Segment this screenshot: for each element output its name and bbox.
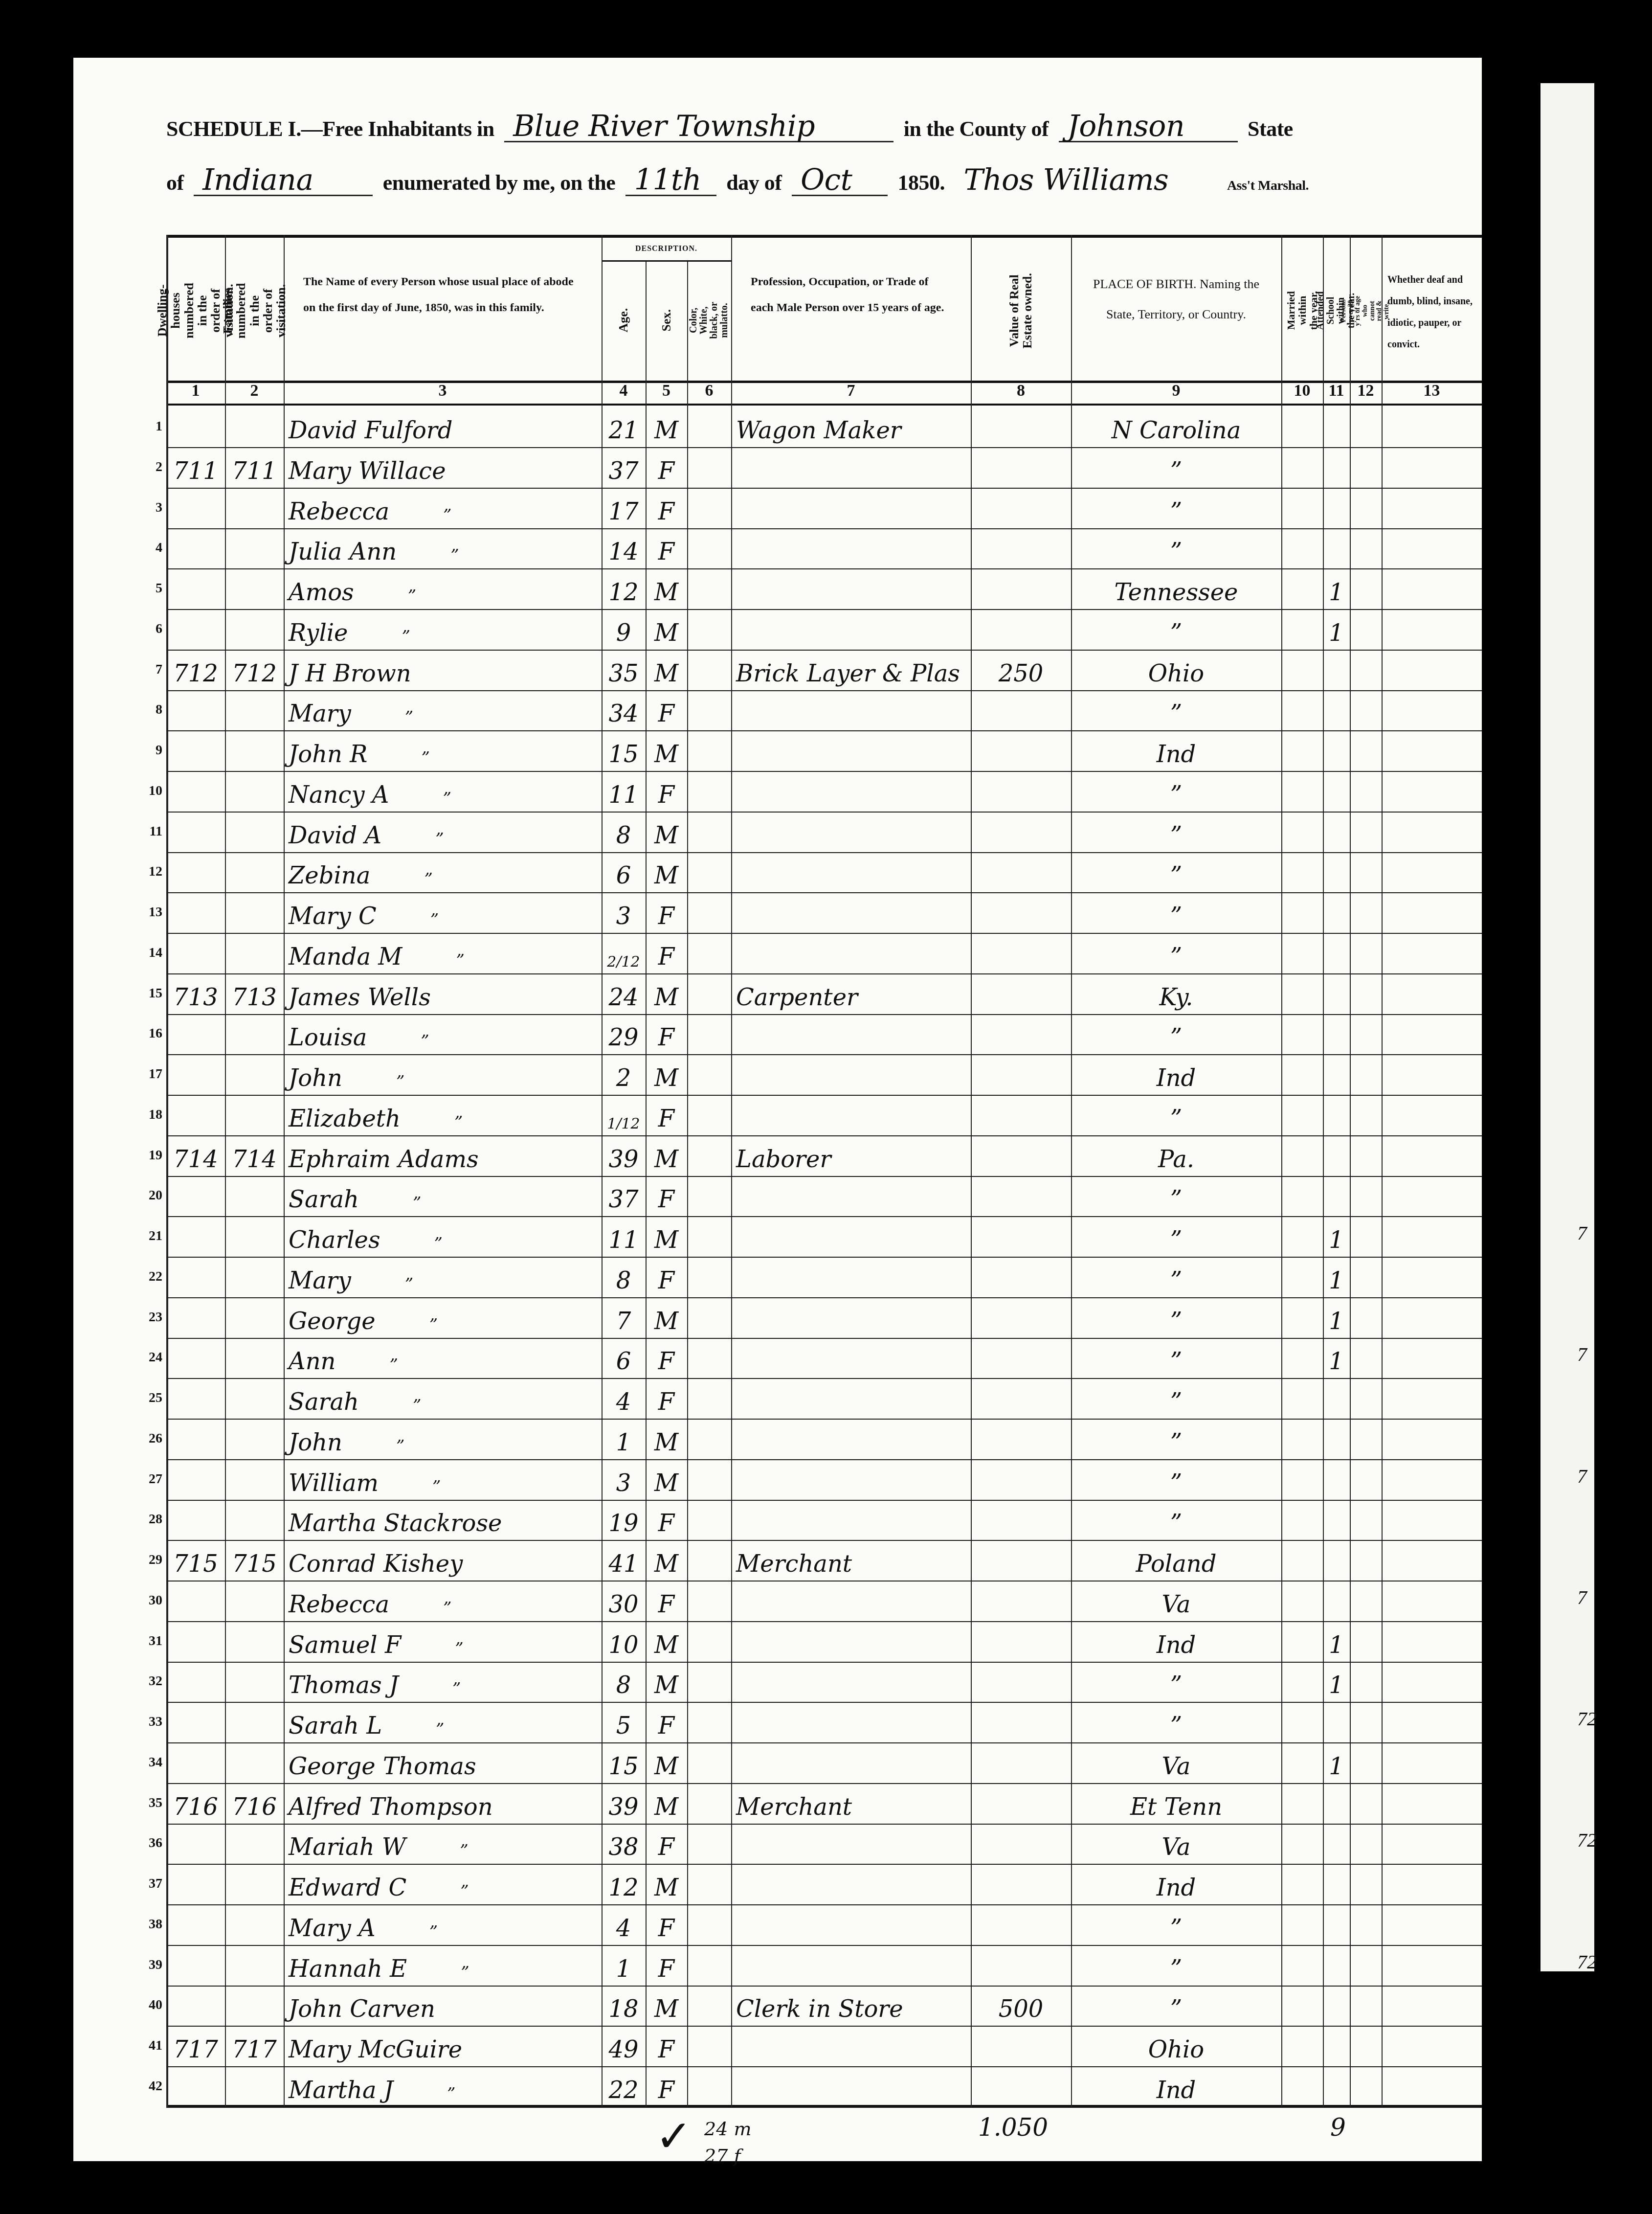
age: 11 bbox=[602, 771, 646, 812]
family-number bbox=[225, 1095, 284, 1135]
attended-school bbox=[1323, 1460, 1350, 1500]
occupation bbox=[736, 1095, 971, 1135]
occupation bbox=[736, 610, 971, 650]
sex: F bbox=[646, 933, 687, 973]
birthplace: ” bbox=[1071, 771, 1281, 812]
real-estate-value bbox=[971, 1176, 1071, 1216]
col-num-8: 8 bbox=[971, 382, 1071, 401]
age: 7 bbox=[602, 1298, 646, 1338]
occupation bbox=[736, 771, 971, 812]
age: 6 bbox=[602, 852, 646, 892]
real-estate-value bbox=[971, 1622, 1071, 1662]
of-label: of bbox=[166, 171, 184, 195]
birthplace: Ind bbox=[1071, 1622, 1281, 1662]
attended-school bbox=[1323, 893, 1350, 933]
ditto-mark: ” bbox=[424, 870, 432, 889]
row-number: 18 bbox=[143, 1107, 162, 1123]
sex: M bbox=[646, 407, 687, 447]
margin-note: 7 bbox=[1577, 1221, 1587, 1244]
attended-school bbox=[1323, 852, 1350, 892]
age: 34 bbox=[602, 690, 646, 730]
ditto-mark: ” bbox=[429, 1922, 438, 1942]
occupation: Laborer bbox=[736, 1136, 971, 1176]
birthplace: Ky. bbox=[1071, 974, 1281, 1014]
row-number: 3 bbox=[143, 500, 162, 516]
dwelling-number bbox=[166, 690, 225, 730]
table-row: 37Edward C”12MInd bbox=[166, 1864, 1482, 1905]
person-name: Sarah” bbox=[289, 1176, 602, 1216]
sex: F bbox=[646, 690, 687, 730]
sex: M bbox=[646, 1217, 687, 1257]
ditto-mark: ” bbox=[432, 1477, 441, 1497]
table-row: 40John Carven18MClerk in Store500” bbox=[166, 1986, 1482, 2027]
row-number: 17 bbox=[143, 1066, 162, 1082]
family-number: 715 bbox=[225, 1540, 284, 1581]
person-name: Sarah L” bbox=[289, 1702, 602, 1742]
sex: M bbox=[646, 1460, 687, 1500]
header-disability: Whether deaf and dumb, blind, insane, id… bbox=[1382, 240, 1482, 382]
birthplace: ” bbox=[1071, 1095, 1281, 1135]
age: 39 bbox=[602, 1784, 646, 1824]
age: 19 bbox=[602, 1500, 646, 1540]
row-number: 40 bbox=[143, 1997, 162, 2013]
attended-school bbox=[1323, 1986, 1350, 2026]
table-row: 39Hannah E”1F” bbox=[166, 1945, 1482, 1987]
age: 41 bbox=[602, 1540, 646, 1581]
sex: M bbox=[646, 1662, 687, 1702]
family-number: 716 bbox=[225, 1784, 284, 1824]
birthplace: Ind bbox=[1071, 2067, 1281, 2107]
ditto-mark: ” bbox=[454, 1113, 463, 1132]
dwelling-number: 714 bbox=[166, 1136, 225, 1176]
table-row: 2711711Mary Willace37F” bbox=[166, 448, 1482, 489]
real-estate-value bbox=[971, 448, 1071, 488]
birthplace: ” bbox=[1071, 448, 1281, 488]
col-num-9: 9 bbox=[1071, 382, 1281, 401]
day-field: 11th bbox=[625, 165, 716, 196]
row-number: 21 bbox=[143, 1228, 162, 1244]
occupation: Brick Layer & Plas bbox=[736, 650, 971, 690]
attended-school bbox=[1323, 731, 1350, 771]
col-num-2: 2 bbox=[225, 382, 284, 401]
person-name: David A” bbox=[289, 812, 602, 852]
person-name: Conrad Kishey bbox=[289, 1540, 602, 1581]
dwelling-number bbox=[166, 2067, 225, 2107]
row-number: 22 bbox=[143, 1269, 162, 1285]
dwelling-number bbox=[166, 731, 225, 771]
occupation bbox=[736, 569, 971, 609]
real-estate-value bbox=[971, 1743, 1071, 1783]
birthplace: ” bbox=[1071, 1945, 1281, 1986]
sex: M bbox=[646, 1784, 687, 1824]
state-field: Indiana bbox=[194, 165, 373, 196]
sex: M bbox=[646, 1743, 687, 1783]
age: 3 bbox=[602, 893, 646, 933]
month-field: Oct bbox=[792, 165, 888, 196]
ditto-mark: ” bbox=[455, 1639, 463, 1659]
schedule-title: SCHEDULE I.—Free Inhabitants in Blue Riv… bbox=[166, 112, 1293, 142]
person-name: Amos” bbox=[289, 569, 602, 609]
family-number: 717 bbox=[225, 2026, 284, 2066]
ditto-mark: ” bbox=[421, 1032, 429, 1051]
occupation bbox=[736, 812, 971, 852]
sex: F bbox=[646, 1014, 687, 1054]
table-row: 5Amos”12MTennessee1 bbox=[166, 569, 1482, 610]
ditto-mark: ” bbox=[443, 1599, 451, 1618]
margin-note: 7 bbox=[1577, 1586, 1587, 1609]
day-of-label: day of bbox=[726, 171, 781, 195]
family-number bbox=[225, 771, 284, 812]
title-prefix: SCHEDULE I.—Free Inhabitants in bbox=[166, 117, 494, 141]
sex: F bbox=[646, 1905, 687, 1945]
age: 15 bbox=[602, 1743, 646, 1783]
person-name: John” bbox=[289, 1419, 602, 1459]
real-estate-value bbox=[971, 488, 1071, 528]
enumerated-label: enumerated by me, on the bbox=[383, 171, 616, 195]
ditto-mark: ” bbox=[421, 748, 429, 768]
birthplace: ” bbox=[1071, 1662, 1281, 1702]
age: 21 bbox=[602, 407, 646, 447]
ditto-mark: ” bbox=[447, 2084, 455, 2104]
table-row: 36Mariah W”38FVa bbox=[166, 1824, 1482, 1865]
family-number bbox=[225, 690, 284, 730]
occupation bbox=[736, 1419, 971, 1459]
real-estate-value bbox=[971, 893, 1071, 933]
family-number bbox=[225, 812, 284, 852]
family-number bbox=[225, 569, 284, 609]
occupation bbox=[736, 1257, 971, 1297]
birthplace: ” bbox=[1071, 610, 1281, 650]
dwelling-number: 712 bbox=[166, 650, 225, 690]
age: 10 bbox=[602, 1622, 646, 1662]
sex: M bbox=[646, 1136, 687, 1176]
age: 12 bbox=[602, 1864, 646, 1904]
real-estate-value bbox=[971, 528, 1071, 568]
row-number: 30 bbox=[143, 1593, 162, 1608]
attended-school: 1 bbox=[1323, 1298, 1350, 1338]
attended-school bbox=[1323, 1136, 1350, 1176]
family-number bbox=[225, 1055, 284, 1095]
age: 17 bbox=[602, 488, 646, 528]
family-number bbox=[225, 1176, 284, 1216]
row-number: 32 bbox=[143, 1673, 162, 1689]
table-row: 28Martha Stackrose19F” bbox=[166, 1500, 1482, 1541]
table-row: 3Rebecca”17F” bbox=[166, 488, 1482, 529]
row-number: 39 bbox=[143, 1957, 162, 1973]
dwelling-number bbox=[166, 852, 225, 892]
real-estate-value bbox=[971, 1460, 1071, 1500]
table-row: 15713713James Wells24MCarpenterKy. bbox=[166, 974, 1482, 1015]
row-number: 41 bbox=[143, 2038, 162, 2054]
family-number bbox=[225, 1662, 284, 1702]
ditto-mark: ” bbox=[405, 708, 413, 727]
row-number: 23 bbox=[143, 1310, 162, 1325]
dwelling-number bbox=[166, 1378, 225, 1419]
table-row: 11David A”8M” bbox=[166, 812, 1482, 853]
real-estate-value bbox=[971, 731, 1071, 771]
dwelling-number bbox=[166, 1581, 225, 1621]
dwelling-number bbox=[166, 1055, 225, 1095]
age: 1/12 bbox=[602, 1095, 646, 1135]
attended-school bbox=[1323, 1540, 1350, 1581]
row-number: 14 bbox=[143, 945, 162, 961]
family-number bbox=[225, 1864, 284, 1904]
ditto-mark: ” bbox=[435, 830, 444, 849]
attended-school: 1 bbox=[1323, 1743, 1350, 1783]
dwelling-number: 716 bbox=[166, 1784, 225, 1824]
dwelling-number bbox=[166, 610, 225, 650]
occupation bbox=[736, 1500, 971, 1540]
sex: F bbox=[646, 448, 687, 488]
age: 3 bbox=[602, 1460, 646, 1500]
age: 38 bbox=[602, 1824, 646, 1864]
age: 15 bbox=[602, 731, 646, 771]
person-name: Mary” bbox=[289, 690, 602, 730]
person-name: Rylie” bbox=[289, 610, 602, 650]
attended-school bbox=[1323, 1784, 1350, 1824]
age: 39 bbox=[602, 1136, 646, 1176]
header-real-estate: Value of Real Estate owned. bbox=[971, 240, 1071, 382]
real-estate-value bbox=[971, 1581, 1071, 1621]
attended-school bbox=[1323, 1014, 1350, 1054]
real-estate-value bbox=[971, 1095, 1071, 1135]
dwelling-number bbox=[166, 1945, 225, 1986]
row-number: 28 bbox=[143, 1512, 162, 1527]
birthplace: ” bbox=[1071, 1176, 1281, 1216]
family-number bbox=[225, 1945, 284, 1986]
col-num-10: 10 bbox=[1281, 382, 1323, 401]
real-estate-value bbox=[971, 852, 1071, 892]
attended-school: 1 bbox=[1323, 1257, 1350, 1297]
family-number bbox=[225, 1905, 284, 1945]
occupation bbox=[736, 1824, 971, 1864]
sex: M bbox=[646, 1622, 687, 1662]
row-number: 6 bbox=[143, 621, 162, 637]
real-estate-value bbox=[971, 407, 1071, 447]
col-num-12: 12 bbox=[1350, 382, 1382, 401]
table-row: 34George Thomas15MVa1 bbox=[166, 1743, 1482, 1784]
col-num-7: 7 bbox=[731, 382, 971, 401]
person-name: Rebecca” bbox=[289, 1581, 602, 1621]
table-row: 24Ann”6F”1 bbox=[166, 1338, 1482, 1379]
tally-females: 27 f bbox=[704, 2145, 741, 2167]
occupation bbox=[736, 1338, 971, 1378]
row-number: 27 bbox=[143, 1471, 162, 1487]
ditto-mark: ” bbox=[460, 1882, 469, 1901]
real-estate-value bbox=[971, 812, 1071, 852]
dwelling-number bbox=[166, 407, 225, 447]
occupation bbox=[736, 1581, 971, 1621]
person-name: Mary McGuire bbox=[289, 2026, 602, 2066]
sex: M bbox=[646, 1540, 687, 1581]
attended-school bbox=[1323, 1378, 1350, 1419]
table-row: 26John”1M” bbox=[166, 1419, 1482, 1460]
table-row: 4Julia Ann”14F” bbox=[166, 528, 1482, 569]
table-row: 8Mary”34F” bbox=[166, 690, 1482, 731]
person-name: Hannah E” bbox=[289, 1945, 602, 1986]
description-rule bbox=[602, 260, 731, 262]
sex: M bbox=[646, 1298, 687, 1338]
age: 29 bbox=[602, 1014, 646, 1054]
row-number: 36 bbox=[143, 1835, 162, 1851]
real-estate-value bbox=[971, 1136, 1071, 1176]
family-number bbox=[225, 1986, 284, 2026]
birthplace: Ohio bbox=[1071, 2026, 1281, 2066]
row-number: 5 bbox=[143, 581, 162, 596]
real-estate-value bbox=[971, 2026, 1071, 2066]
person-name: John Carven bbox=[289, 1986, 602, 2026]
row-number: 2 bbox=[143, 459, 162, 475]
ditto-mark: ” bbox=[460, 1841, 468, 1861]
attended-school: 1 bbox=[1323, 1338, 1350, 1378]
real-estate-value bbox=[971, 1824, 1071, 1864]
birthplace: ” bbox=[1071, 1460, 1281, 1500]
ditto-mark: ” bbox=[450, 546, 459, 565]
birthplace: ” bbox=[1071, 488, 1281, 528]
occupation bbox=[736, 1217, 971, 1257]
family-number bbox=[225, 852, 284, 892]
row-number: 15 bbox=[143, 986, 162, 1001]
occupation: Wagon Maker bbox=[736, 407, 971, 447]
table-row: 33Sarah L”5F” bbox=[166, 1702, 1482, 1743]
sex: F bbox=[646, 1824, 687, 1864]
age: 8 bbox=[602, 1662, 646, 1702]
table-row: 35716716Alfred Thompson39MMerchantEt Ten… bbox=[166, 1784, 1482, 1825]
attended-school: 1 bbox=[1323, 1662, 1350, 1702]
dwelling-number: 711 bbox=[166, 448, 225, 488]
table-row: 12Zebina”6M” bbox=[166, 852, 1482, 893]
occupation bbox=[736, 1622, 971, 1662]
family-number bbox=[225, 2067, 284, 2107]
sex: F bbox=[646, 1338, 687, 1378]
sex: F bbox=[646, 1176, 687, 1216]
age: 2/12 bbox=[602, 933, 646, 973]
age: 9 bbox=[602, 610, 646, 650]
ditto-mark: ” bbox=[405, 1275, 413, 1294]
person-name: William” bbox=[289, 1460, 602, 1500]
table-row: 10Nancy A”11F” bbox=[166, 771, 1482, 813]
sex: F bbox=[646, 1378, 687, 1419]
header-birthplace: PLACE OF BIRTH. Naming the State, Territ… bbox=[1071, 240, 1281, 382]
birthplace: Et Tenn bbox=[1071, 1784, 1281, 1824]
birthplace: Va bbox=[1071, 1743, 1281, 1783]
occupation bbox=[736, 1945, 971, 1986]
age: 11 bbox=[602, 1217, 646, 1257]
sex: M bbox=[646, 1986, 687, 2026]
person-name: J H Brown bbox=[289, 650, 602, 690]
real-estate-value bbox=[971, 1378, 1071, 1419]
real-estate-value bbox=[971, 1257, 1071, 1297]
occupation bbox=[736, 1378, 971, 1419]
sex: F bbox=[646, 2067, 687, 2107]
birthplace: ” bbox=[1071, 852, 1281, 892]
age: 49 bbox=[602, 2026, 646, 2066]
birthplace: Ind bbox=[1071, 1055, 1281, 1095]
margin-note: 7 bbox=[1577, 1343, 1587, 1366]
header-family: Families numbered in the order of visita… bbox=[225, 240, 284, 382]
occupation bbox=[736, 731, 971, 771]
real-estate-value bbox=[971, 690, 1071, 730]
ditto-mark: ” bbox=[390, 1356, 398, 1375]
attended-school bbox=[1323, 1702, 1350, 1742]
header-occupation: Profession, Occupation, or Trade of each… bbox=[731, 240, 971, 382]
age: 35 bbox=[602, 650, 646, 690]
row-number: 31 bbox=[143, 1633, 162, 1649]
real-estate-value bbox=[971, 1419, 1071, 1459]
occupation: Merchant bbox=[736, 1784, 971, 1824]
attended-school bbox=[1323, 2067, 1350, 2107]
occupation: Merchant bbox=[736, 1540, 971, 1581]
attended-school bbox=[1323, 1905, 1350, 1945]
occupation bbox=[736, 1864, 971, 1904]
birthplace: Ind bbox=[1071, 731, 1281, 771]
row-number: 25 bbox=[143, 1390, 162, 1406]
birthplace: Ohio bbox=[1071, 650, 1281, 690]
table-row: 7712712J H Brown35MBrick Layer & Plas250… bbox=[166, 650, 1482, 691]
birthplace: ” bbox=[1071, 1257, 1281, 1297]
census-table: DESCRIPTION. Dwelling-houses numbered in… bbox=[166, 235, 1482, 2108]
attended-school bbox=[1323, 1055, 1350, 1095]
sex: F bbox=[646, 771, 687, 812]
family-number bbox=[225, 1460, 284, 1500]
family-number bbox=[225, 1702, 284, 1742]
birthplace: ” bbox=[1071, 1298, 1281, 1338]
person-name: Charles” bbox=[289, 1217, 602, 1257]
age: 8 bbox=[602, 812, 646, 852]
family-number bbox=[225, 407, 284, 447]
ditto-mark: ” bbox=[436, 1720, 444, 1740]
attended-school bbox=[1323, 1945, 1350, 1986]
age: 24 bbox=[602, 974, 646, 1014]
person-name: Alfred Thompson bbox=[289, 1784, 602, 1824]
birthplace: ” bbox=[1071, 933, 1281, 973]
dwelling-number bbox=[166, 488, 225, 528]
table-row: 42Martha J”22FInd bbox=[166, 2067, 1482, 2108]
birthplace: ” bbox=[1071, 1986, 1281, 2026]
dwelling-number bbox=[166, 1217, 225, 1257]
attended-school bbox=[1323, 1500, 1350, 1540]
dwelling-number bbox=[166, 1743, 225, 1783]
attended-school: 1 bbox=[1323, 1217, 1350, 1257]
row-number: 42 bbox=[143, 2078, 162, 2094]
ditto-mark: ” bbox=[443, 506, 451, 525]
header-sex: Sex. bbox=[646, 264, 687, 377]
real-estate-value bbox=[971, 1217, 1071, 1257]
real-estate-value bbox=[971, 1945, 1071, 1986]
schedule-subtitle: of Indiana enumerated by me, on the 11th… bbox=[166, 165, 1309, 196]
ditto-mark: ” bbox=[429, 1315, 438, 1335]
person-name: Nancy A” bbox=[289, 771, 602, 812]
dwelling-number bbox=[166, 1662, 225, 1702]
person-name: Martha Stackrose bbox=[289, 1500, 602, 1540]
table-row: 27William”3M” bbox=[166, 1460, 1482, 1501]
family-number bbox=[225, 1217, 284, 1257]
family-number bbox=[225, 1378, 284, 1419]
birthplace: ” bbox=[1071, 1500, 1281, 1540]
col-num-1: 1 bbox=[166, 382, 225, 401]
dwelling-number bbox=[166, 1905, 225, 1945]
table-row: 29715715Conrad Kishey41MMerchantPoland bbox=[166, 1540, 1482, 1581]
real-estate-value bbox=[971, 771, 1071, 812]
table-row: 20Sarah”37F” bbox=[166, 1176, 1482, 1217]
table-top-rule bbox=[166, 235, 1482, 238]
row-number: 33 bbox=[143, 1714, 162, 1730]
row-number: 20 bbox=[143, 1188, 162, 1203]
age: 1 bbox=[602, 1945, 646, 1986]
real-estate-total: 1.050 bbox=[978, 2113, 1048, 2142]
col-num-4: 4 bbox=[602, 382, 646, 401]
person-name: Elizabeth” bbox=[289, 1095, 602, 1135]
